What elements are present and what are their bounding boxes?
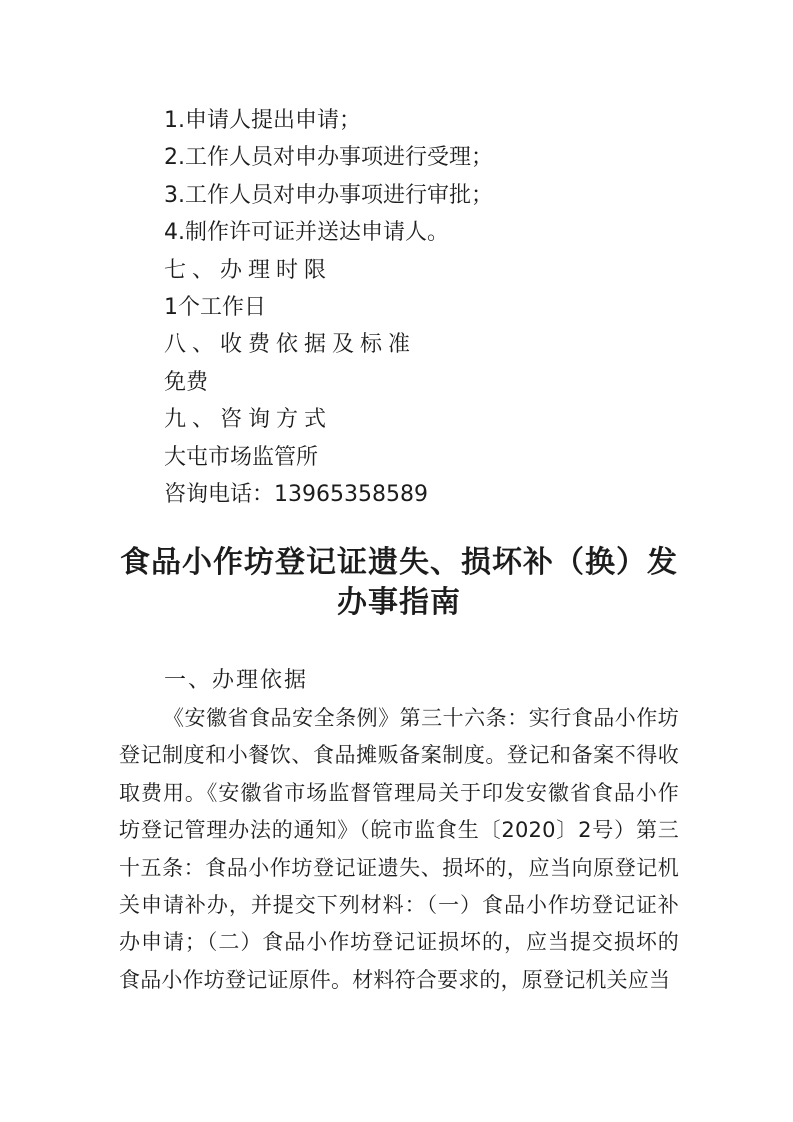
processing-time-value: 1个工作日 — [119, 289, 679, 326]
section-heading-legal-basis: 一、办理依据 — [119, 662, 679, 699]
procedure-step-4: 4.制作许可证并送达申请人。 — [119, 214, 679, 251]
section-heading-consultation: 九、咨询方式 — [119, 401, 679, 438]
procedure-step-1: 1.申请人提出申请； — [119, 102, 679, 139]
fee-value: 免费 — [119, 364, 679, 401]
section-heading-processing-time: 七、办理时限 — [119, 252, 679, 289]
consultation-phone: 咨询电话：13965358589 — [119, 476, 679, 513]
document-content: 1.申请人提出申请； 2.工作人员对申办事项进行受理； 3.工作人员对申办事项进… — [119, 102, 679, 999]
guide-title: 食品小作坊登记证遗失、损坏补（换）发办事指南 — [119, 543, 679, 623]
section-heading-fee-basis: 八、收费依据及标准 — [119, 326, 679, 363]
legal-basis-paragraph: 《安徽省食品安全条例》第三十六条：实行食品小作坊登记制度和小餐饮、食品摊贩备案制… — [119, 700, 679, 999]
consultation-office: 大屯市场监管所 — [119, 439, 679, 476]
document-page: 1.申请人提出申请； 2.工作人员对申办事项进行受理； 3.工作人员对申办事项进… — [0, 0, 793, 1122]
procedure-step-3: 3.工作人员对申办事项进行审批； — [119, 177, 679, 214]
procedure-step-2: 2.工作人员对申办事项进行受理； — [119, 139, 679, 176]
